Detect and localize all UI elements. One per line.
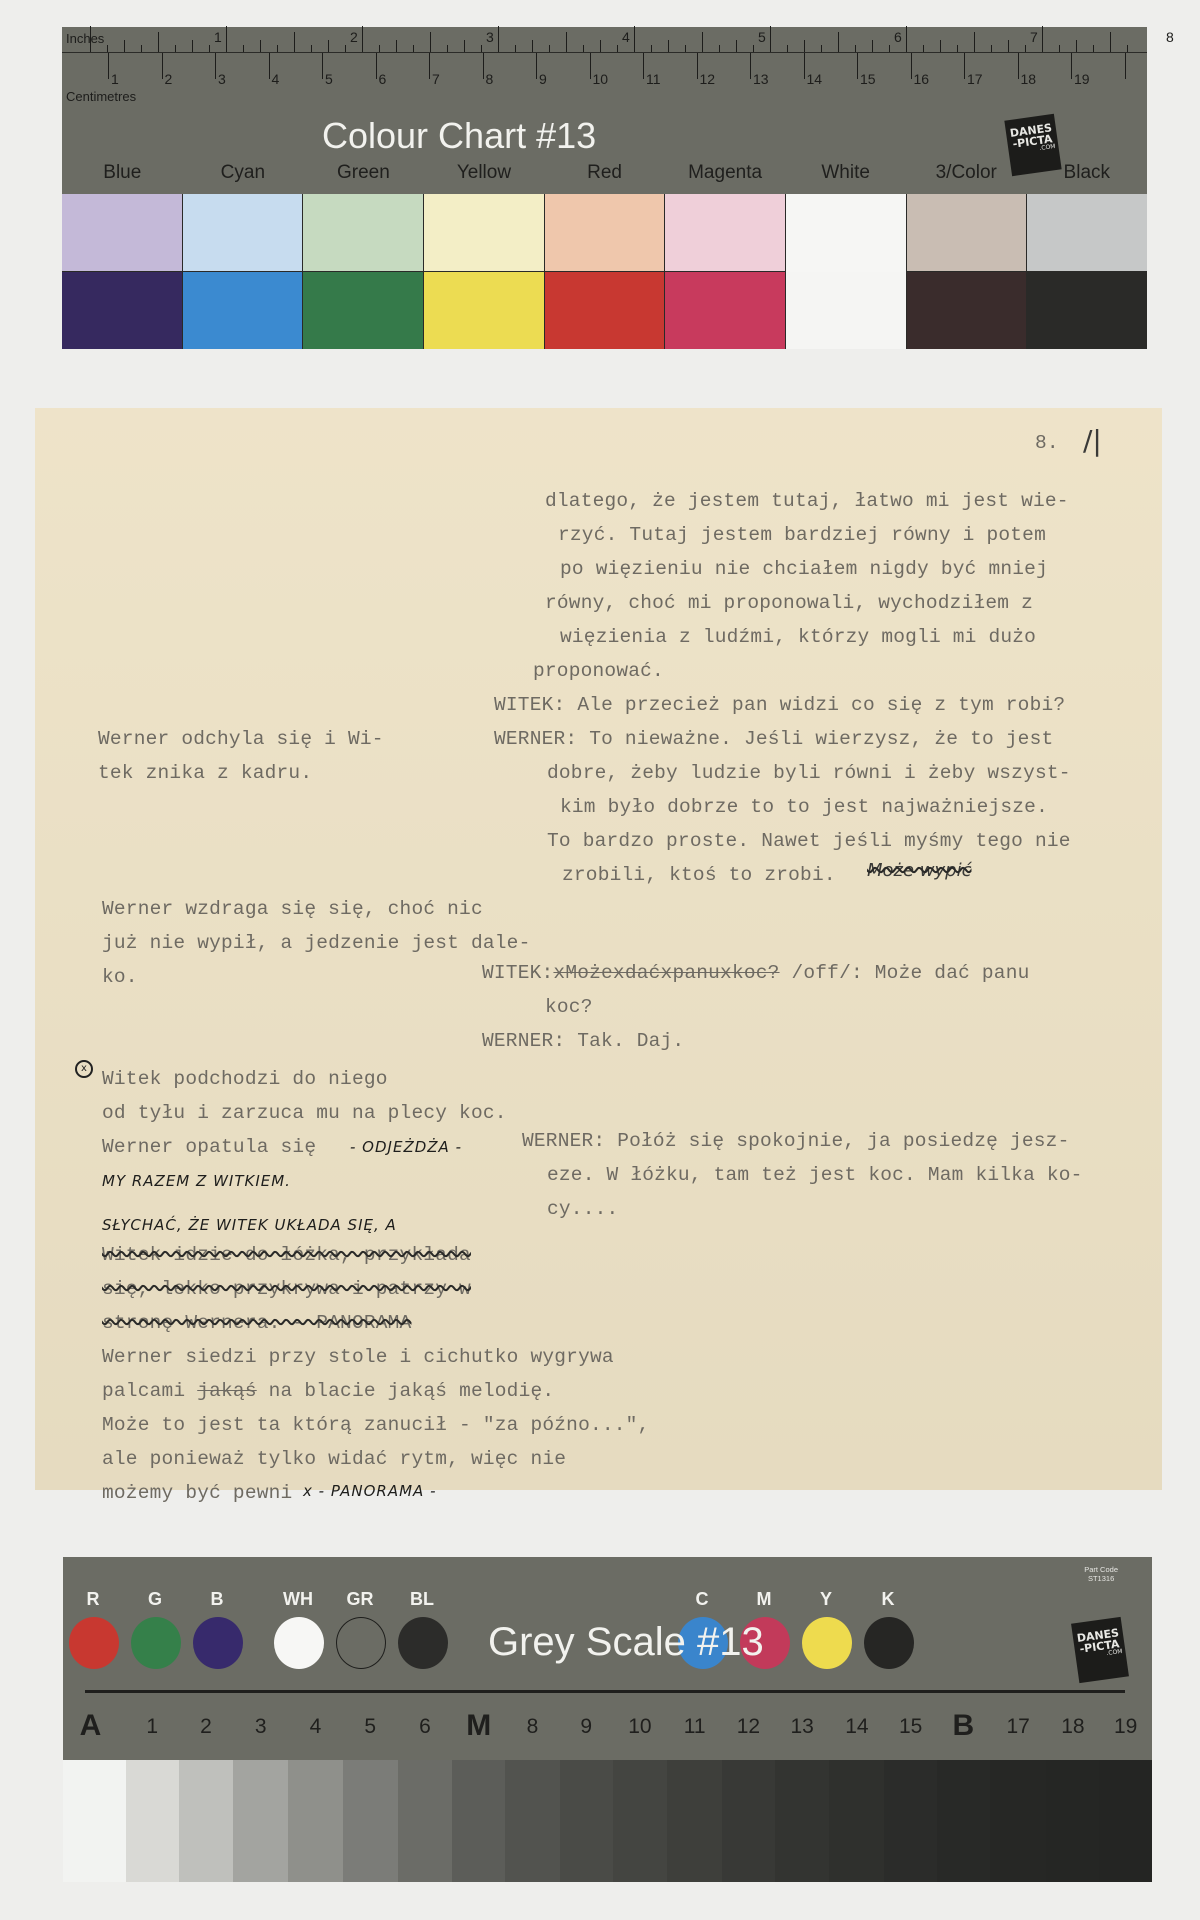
- swatch-dark: [1027, 272, 1147, 349]
- ruler-tick: [192, 40, 193, 52]
- cm-number: 16: [914, 71, 930, 87]
- cm-number: 3: [218, 71, 226, 87]
- inch-number: 2: [350, 29, 358, 45]
- ruler-tick: [719, 45, 720, 52]
- swatch-dark: [303, 272, 423, 349]
- stage-direction: Werner opatula się: [102, 1136, 316, 1158]
- part-code: Part Code ST1316: [1084, 1565, 1118, 1583]
- stage-direction: Werner wzdraga się się, choć nic: [102, 898, 483, 920]
- grey-patch-2: [179, 1760, 234, 1882]
- swatch-dark: [424, 272, 544, 349]
- circle-x-mark: x: [75, 1060, 93, 1078]
- stage-direction: już nie wypił, a jedzenie jest dale-: [102, 932, 530, 954]
- ruler-tick: [107, 45, 108, 52]
- grey-scale-label: 17: [998, 1715, 1038, 1739]
- ruler-tick: [536, 53, 537, 79]
- inch-number: 1: [214, 29, 222, 45]
- color-dot-r: [69, 1617, 119, 1669]
- cm-number: 13: [753, 71, 769, 87]
- color-dot-gr: [336, 1617, 386, 1669]
- ruler-tick: [498, 26, 499, 52]
- swatch-label: Green: [303, 162, 424, 192]
- ruler-tick: [158, 32, 159, 52]
- handwritten-note: SŁYCHAĆ, ŻE WITEK UKŁADA SIĘ, A: [102, 1216, 397, 1234]
- ruler-tick: [532, 40, 533, 52]
- dialogue-witek: WITEK:xMożexdaćxpanuxkoc? /off/: Może da…: [482, 962, 1030, 984]
- swatch-dark: [62, 272, 182, 349]
- ruler-tick: [804, 40, 805, 52]
- grey-scale-label: 4: [295, 1715, 335, 1739]
- ruler-tick: [1025, 45, 1026, 52]
- ruler-tick: [940, 40, 941, 52]
- dot-label: C: [677, 1589, 727, 1610]
- divider: [85, 1690, 1125, 1693]
- swatch-light: [1027, 194, 1147, 272]
- grey-scale-label: 9: [566, 1715, 606, 1739]
- ruler-tick: [277, 45, 278, 52]
- inch-ruler: Inches 12345678: [62, 27, 1147, 53]
- swatch-green: [302, 194, 423, 349]
- swatch-light: [303, 194, 423, 272]
- ruler-tick: [911, 53, 912, 79]
- swatch-magenta: [664, 194, 785, 349]
- color-dot-bl: [398, 1617, 448, 1669]
- ruler-tick: [464, 40, 465, 52]
- ruler-tick: [1008, 40, 1009, 52]
- grey-scale-label: M: [459, 1709, 499, 1743]
- ruler-tick: [1127, 45, 1128, 52]
- swatch-blue: [62, 194, 182, 349]
- ruler-tick: [124, 40, 125, 52]
- grey-scale-label: 13: [782, 1715, 822, 1739]
- stage-direction: Może to jest ta którą zanucił - "za późn…: [102, 1414, 650, 1436]
- cm-number: 14: [807, 71, 823, 87]
- ruler-tick: [226, 26, 227, 52]
- ruler-tick: [1018, 53, 1019, 79]
- grey-patch-5: [343, 1760, 398, 1882]
- ruler-tick: [549, 45, 550, 52]
- dialogue-line: koc?: [545, 996, 593, 1018]
- page-mark-handwritten: /|: [1083, 424, 1102, 457]
- ruler-tick: [345, 45, 346, 52]
- grey-scale-label: 10: [620, 1715, 660, 1739]
- grey-scale-label: 19: [1106, 1715, 1146, 1739]
- ruler-tick: [260, 40, 261, 52]
- grey-patch-9: [560, 1760, 613, 1882]
- dot-label: BL: [397, 1589, 447, 1610]
- swatch-cyan: [182, 194, 303, 349]
- grey-scale-label: 5: [350, 1715, 390, 1739]
- ruler-tick: [651, 45, 652, 52]
- swatch-light: [786, 194, 906, 272]
- swatch-dark: [183, 272, 303, 349]
- grey-patch-m: [452, 1760, 505, 1882]
- ruler-tick: [634, 26, 635, 52]
- swatch-label: Magenta: [665, 162, 786, 192]
- swatch-labels: BlueCyanGreenYellowRedMagentaWhite3/Colo…: [62, 162, 1147, 192]
- ruler-tick: [430, 32, 431, 52]
- grey-patch-4: [288, 1760, 343, 1882]
- ruler-tick: [376, 53, 377, 79]
- handwritten-note: x - PANORAMA -: [303, 1482, 436, 1500]
- ruler-tick: [750, 53, 751, 79]
- ruler-tick: [1076, 40, 1077, 52]
- cm-number: 9: [539, 71, 547, 87]
- ruler-tick: [906, 26, 907, 52]
- stage-direction: od tyłu i zarzuca mu na plecy koc.: [102, 1102, 507, 1124]
- colour-chart: Inches 12345678 123456789101112131415161…: [62, 27, 1147, 349]
- ruler-tick: [447, 45, 448, 52]
- grey-scale-chart: Part Code ST1316 RGBWHGRBLCMYK Grey Scal…: [63, 1557, 1152, 1882]
- ruler-tick: [294, 32, 295, 52]
- ruler-tick: [413, 45, 414, 52]
- dot-label: R: [68, 1589, 118, 1610]
- ruler-tick: [311, 45, 312, 52]
- dot-label: B: [192, 1589, 242, 1610]
- grey-scale-title: Grey Scale #13: [488, 1620, 764, 1665]
- ruler-tick: [362, 26, 363, 52]
- centimetre-ruler: 12345678910111213141516171819: [62, 53, 1147, 99]
- grey-patch-17: [990, 1760, 1047, 1882]
- ruler-tick: [617, 45, 618, 52]
- ruler-tick: [753, 45, 754, 52]
- ruler-tick: [991, 45, 992, 52]
- ruler-tick: [396, 40, 397, 52]
- ruler-tick: [702, 32, 703, 52]
- cm-number: 12: [700, 71, 716, 87]
- inch-number: 3: [486, 29, 494, 45]
- dialogue-werner: WERNER: To nieważne. Jeśli wierzysz, że …: [494, 728, 1053, 750]
- cm-number: 15: [860, 71, 876, 87]
- grey-patch-12: [722, 1760, 775, 1882]
- dot-label: Y: [801, 1589, 851, 1610]
- ruler-tick: [855, 45, 856, 52]
- grey-patch-10: [613, 1760, 668, 1882]
- dialogue-line: zrobili, ktoś to zrobi.: [562, 864, 836, 886]
- swatch-dark: [907, 272, 1027, 349]
- ruler-tick: [379, 45, 380, 52]
- ruler-tick: [269, 53, 270, 79]
- stage-direction: ale ponieważ tylko widać rytm, więc nie: [102, 1448, 566, 1470]
- ruler-tick: [857, 53, 858, 79]
- grey-patch-1: [126, 1760, 179, 1882]
- ruler-tick: [429, 53, 430, 79]
- inch-number: 6: [894, 29, 902, 45]
- struck-direction: się, lekko przykrywa i patrzy w: [102, 1278, 471, 1300]
- ruler-tick: [566, 32, 567, 52]
- ruler-tick: [957, 45, 958, 52]
- ruler-tick: [175, 45, 176, 52]
- stage-direction: palcami jakąś na blacie jakąś melodię.: [102, 1380, 554, 1402]
- ruler-tick: [923, 45, 924, 52]
- stage-direction: Werner odchyla się i Wi-: [98, 728, 384, 750]
- dialogue-line: po więzieniu nie chciałem nigdy być mnie…: [560, 558, 1048, 580]
- grey-scale-label: A: [70, 1709, 110, 1743]
- swatch-dark: [786, 272, 906, 350]
- grey-scale-label: 8: [512, 1715, 552, 1739]
- grey-scale-label: 14: [837, 1715, 877, 1739]
- ruler-tick: [736, 40, 737, 52]
- dialogue-line: rzyć. Tutaj jestem bardziej równy i pote…: [558, 524, 1046, 546]
- grey-patch-b: [937, 1760, 990, 1882]
- inch-number: 7: [1030, 29, 1038, 45]
- cm-number: 18: [1021, 71, 1037, 87]
- ruler-tick: [209, 45, 210, 52]
- ruler-tick: [515, 45, 516, 52]
- swatch-red: [544, 194, 665, 349]
- ruler-tick: [1071, 53, 1072, 79]
- ruler-tick: [872, 40, 873, 52]
- ruler-tick: [583, 45, 584, 52]
- cm-number: 8: [486, 71, 494, 87]
- stage-direction: ko.: [102, 966, 138, 988]
- cm-number: 17: [967, 71, 983, 87]
- inch-number: 8: [1166, 29, 1174, 45]
- swatch-white: [785, 194, 906, 349]
- dot-label: WH: [273, 1589, 323, 1610]
- ruler-tick: [787, 45, 788, 52]
- swatch-label: 3/Color: [906, 162, 1027, 192]
- ruler-tick: [1093, 45, 1094, 52]
- cm-number: 5: [325, 71, 333, 87]
- page-number: 8.: [1035, 432, 1059, 454]
- handwritten-note: MY RAZEM Z WITKIEM.: [102, 1172, 291, 1190]
- ruler-tick: [322, 53, 323, 79]
- ruler-tick: [215, 53, 216, 79]
- ruler-tick: [838, 32, 839, 52]
- ruler-tick: [1059, 45, 1060, 52]
- dialogue-line: więzienia z ludźmi, którzy mogli mi dużo: [560, 626, 1036, 648]
- stage-direction: Witek podchodzi do niego: [102, 1068, 388, 1090]
- grey-scale-label: 6: [405, 1715, 445, 1739]
- ruler-tick: [483, 53, 484, 79]
- dot-label: K: [863, 1589, 913, 1610]
- grey-patch-3: [233, 1760, 288, 1882]
- stage-direction: tek znika z kadru.: [98, 762, 312, 784]
- dialogue-line: cy....: [547, 1198, 618, 1220]
- ruler-tick: [141, 45, 142, 52]
- grey-patch-11: [667, 1760, 722, 1882]
- grey-patch-18: [1046, 1760, 1099, 1882]
- cm-number: 6: [379, 71, 387, 87]
- dialogue-line: To bardzo proste. Nawet jeśli myśmy tego…: [547, 830, 1071, 852]
- swatch-label: Yellow: [424, 162, 545, 192]
- inch-number: 5: [758, 29, 766, 45]
- grey-scale-label: 18: [1053, 1715, 1093, 1739]
- centimetres-label: Centimetres: [66, 89, 136, 104]
- ruler-tick: [643, 53, 644, 79]
- grey-patch-13: [775, 1760, 830, 1882]
- grey-scale-label: 2: [186, 1715, 226, 1739]
- dialogue-werner: WERNER: Połóż się spokojnie, ja posiedzę…: [522, 1130, 1070, 1152]
- cm-number: 19: [1074, 71, 1090, 87]
- colour-chart-title: Colour Chart #13: [322, 115, 596, 157]
- colour-swatches: [62, 194, 1147, 349]
- dot-label: G: [130, 1589, 180, 1610]
- ruler-tick: [770, 26, 771, 52]
- swatch-light: [424, 194, 544, 272]
- stage-direction: możemy być pewni: [102, 1482, 292, 1504]
- ruler-tick: [1042, 26, 1043, 52]
- dialogue-line: równy, choć mi proponowali, wychodziłem …: [545, 592, 1033, 614]
- grey-scale-label: 15: [891, 1715, 931, 1739]
- dialogue-witek: WITEK: Ale przecież pan widzi co się z t…: [494, 694, 1065, 716]
- swatch-3-color: [906, 194, 1027, 349]
- grey-scale-labels: A123456M89101112131415B171819: [63, 1715, 1152, 1755]
- grey-patch-15: [884, 1760, 937, 1882]
- color-dot-k: [864, 1617, 914, 1669]
- ruler-tick: [668, 40, 669, 52]
- grey-scale-label: 1: [132, 1715, 172, 1739]
- grey-patch-8: [505, 1760, 560, 1882]
- swatch-light: [62, 194, 182, 272]
- swatch-light: [665, 194, 785, 272]
- ruler-tick: [804, 53, 805, 79]
- ruler-tick: [974, 32, 975, 52]
- danes-picta-logo: DANES-PICTA.COM: [1071, 1617, 1129, 1683]
- swatch-label: Red: [544, 162, 665, 192]
- grey-patch-14: [829, 1760, 884, 1882]
- dot-label: GR: [335, 1589, 385, 1610]
- grey-patch-a: [63, 1760, 126, 1882]
- swatch-label: Blue: [62, 162, 183, 192]
- ruler-tick: [1110, 32, 1111, 52]
- grey-scale-label: B: [943, 1709, 983, 1743]
- cm-number: 4: [272, 71, 280, 87]
- cm-number: 10: [593, 71, 609, 87]
- dot-label: M: [739, 1589, 789, 1610]
- swatch-light: [907, 194, 1027, 272]
- swatch-yellow: [423, 194, 544, 349]
- cm-number: 11: [646, 71, 661, 87]
- grey-scale-label: 11: [675, 1715, 715, 1739]
- inch-number: 4: [622, 29, 630, 45]
- swatch-light: [545, 194, 665, 272]
- grey-scale-label: 3: [241, 1715, 281, 1739]
- ruler-tick: [481, 45, 482, 52]
- ruler-tick: [697, 53, 698, 79]
- dialogue-line: dlatego, że jestem tutaj, łatwo mi jest …: [545, 490, 1069, 512]
- cm-number: 2: [165, 71, 173, 87]
- struck-direction: stronę Wernera. - PANORAMA: [102, 1312, 411, 1334]
- handwritten-note: - ODJEŻDŻA -: [350, 1138, 462, 1156]
- ruler-tick: [90, 26, 91, 52]
- grey-scale-label: 12: [728, 1715, 768, 1739]
- ruler-tick: [243, 45, 244, 52]
- color-dot-g: [131, 1617, 181, 1669]
- cm-number: 1: [111, 71, 119, 87]
- ruler-tick: [108, 53, 109, 79]
- color-dot-b: [193, 1617, 243, 1669]
- ruler-tick: [964, 53, 965, 79]
- color-dot-wh: [274, 1617, 324, 1669]
- ruler-tick: [821, 45, 822, 52]
- ruler-tick: [600, 40, 601, 52]
- dialogue-line: eze. W łóżku, tam też jest koc. Mam kilk…: [547, 1164, 1083, 1186]
- ruler-tick: [889, 45, 890, 52]
- color-dot-y: [802, 1617, 852, 1669]
- inches-label: Inches: [66, 31, 104, 46]
- grey-scale-patches: [63, 1760, 1152, 1882]
- stage-direction: Werner siedzi przy stole i cichutko wygr…: [102, 1346, 614, 1368]
- swatch-dark: [665, 272, 785, 349]
- ruler-tick: [162, 53, 163, 79]
- typewritten-page: 8. /| dlatego, że jestem tutaj, łatwo mi…: [35, 408, 1162, 1490]
- swatch-label: Black: [1027, 162, 1148, 192]
- grey-patch-19: [1099, 1760, 1152, 1882]
- cm-number: 7: [432, 71, 440, 87]
- swatch-light: [183, 194, 303, 272]
- dialogue-line: dobre, żeby ludzie byli równi i żeby wsz…: [547, 762, 1071, 784]
- ruler-tick: [590, 53, 591, 79]
- swatch-label: White: [785, 162, 906, 192]
- swatch-label: Cyan: [183, 162, 304, 192]
- swatch-dark: [545, 272, 665, 349]
- swatch-black: [1026, 194, 1147, 349]
- ruler-tick: [685, 45, 686, 52]
- handwritten-scribble-out: Może wypić: [867, 860, 971, 881]
- ruler-tick: [328, 40, 329, 52]
- struck-direction: Witek idzie do łóżka, przykłada: [102, 1244, 471, 1266]
- dialogue-werner: WERNER: Tak. Daj.: [482, 1030, 684, 1052]
- dialogue-line: proponować.: [533, 660, 664, 682]
- grey-patch-6: [398, 1760, 453, 1882]
- dialogue-line: kim było dobrze to to jest najważniejsze…: [560, 796, 1048, 818]
